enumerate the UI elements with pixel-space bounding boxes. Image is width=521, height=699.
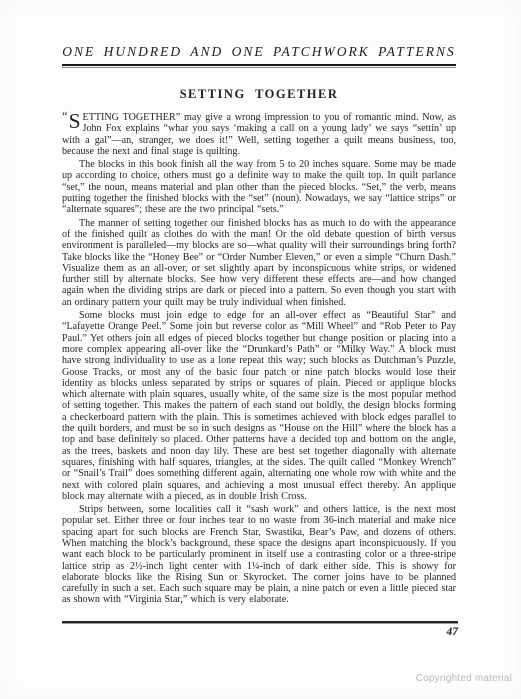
header-rule — [62, 64, 456, 68]
opening-quote-mark: “ — [62, 112, 68, 121]
initial-letter: S — [69, 112, 81, 131]
running-head: ONE HUNDRED AND ONE PATCHWORK PATTERNS — [62, 44, 456, 60]
book-page: ONE HUNDRED AND ONE PATCHWORK PATTERNS S… — [0, 0, 521, 699]
copyright-watermark: Copyrighted material — [416, 673, 512, 684]
paragraph-2: The blocks in this book finish all the w… — [62, 159, 456, 215]
section-title: SETTING TOGETHER — [62, 87, 456, 102]
footer-rule — [62, 621, 458, 624]
paragraph-3: The manner of setting together our finis… — [62, 218, 456, 308]
paragraph-4: Some blocks must join edge to edge for a… — [62, 310, 456, 502]
paragraph-5: Strips between, some localities call it … — [62, 504, 456, 606]
page-number: 47 — [447, 626, 459, 638]
paragraph-1: “SETTING TOGETHER” may give a wrong impr… — [62, 112, 456, 157]
article-body: “SETTING TOGETHER” may give a wrong impr… — [62, 112, 456, 606]
paragraph-1-text: ETTING TOGETHER” may give a wrong impres… — [62, 112, 456, 157]
page-content: ONE HUNDRED AND ONE PATCHWORK PATTERNS S… — [62, 0, 456, 608]
